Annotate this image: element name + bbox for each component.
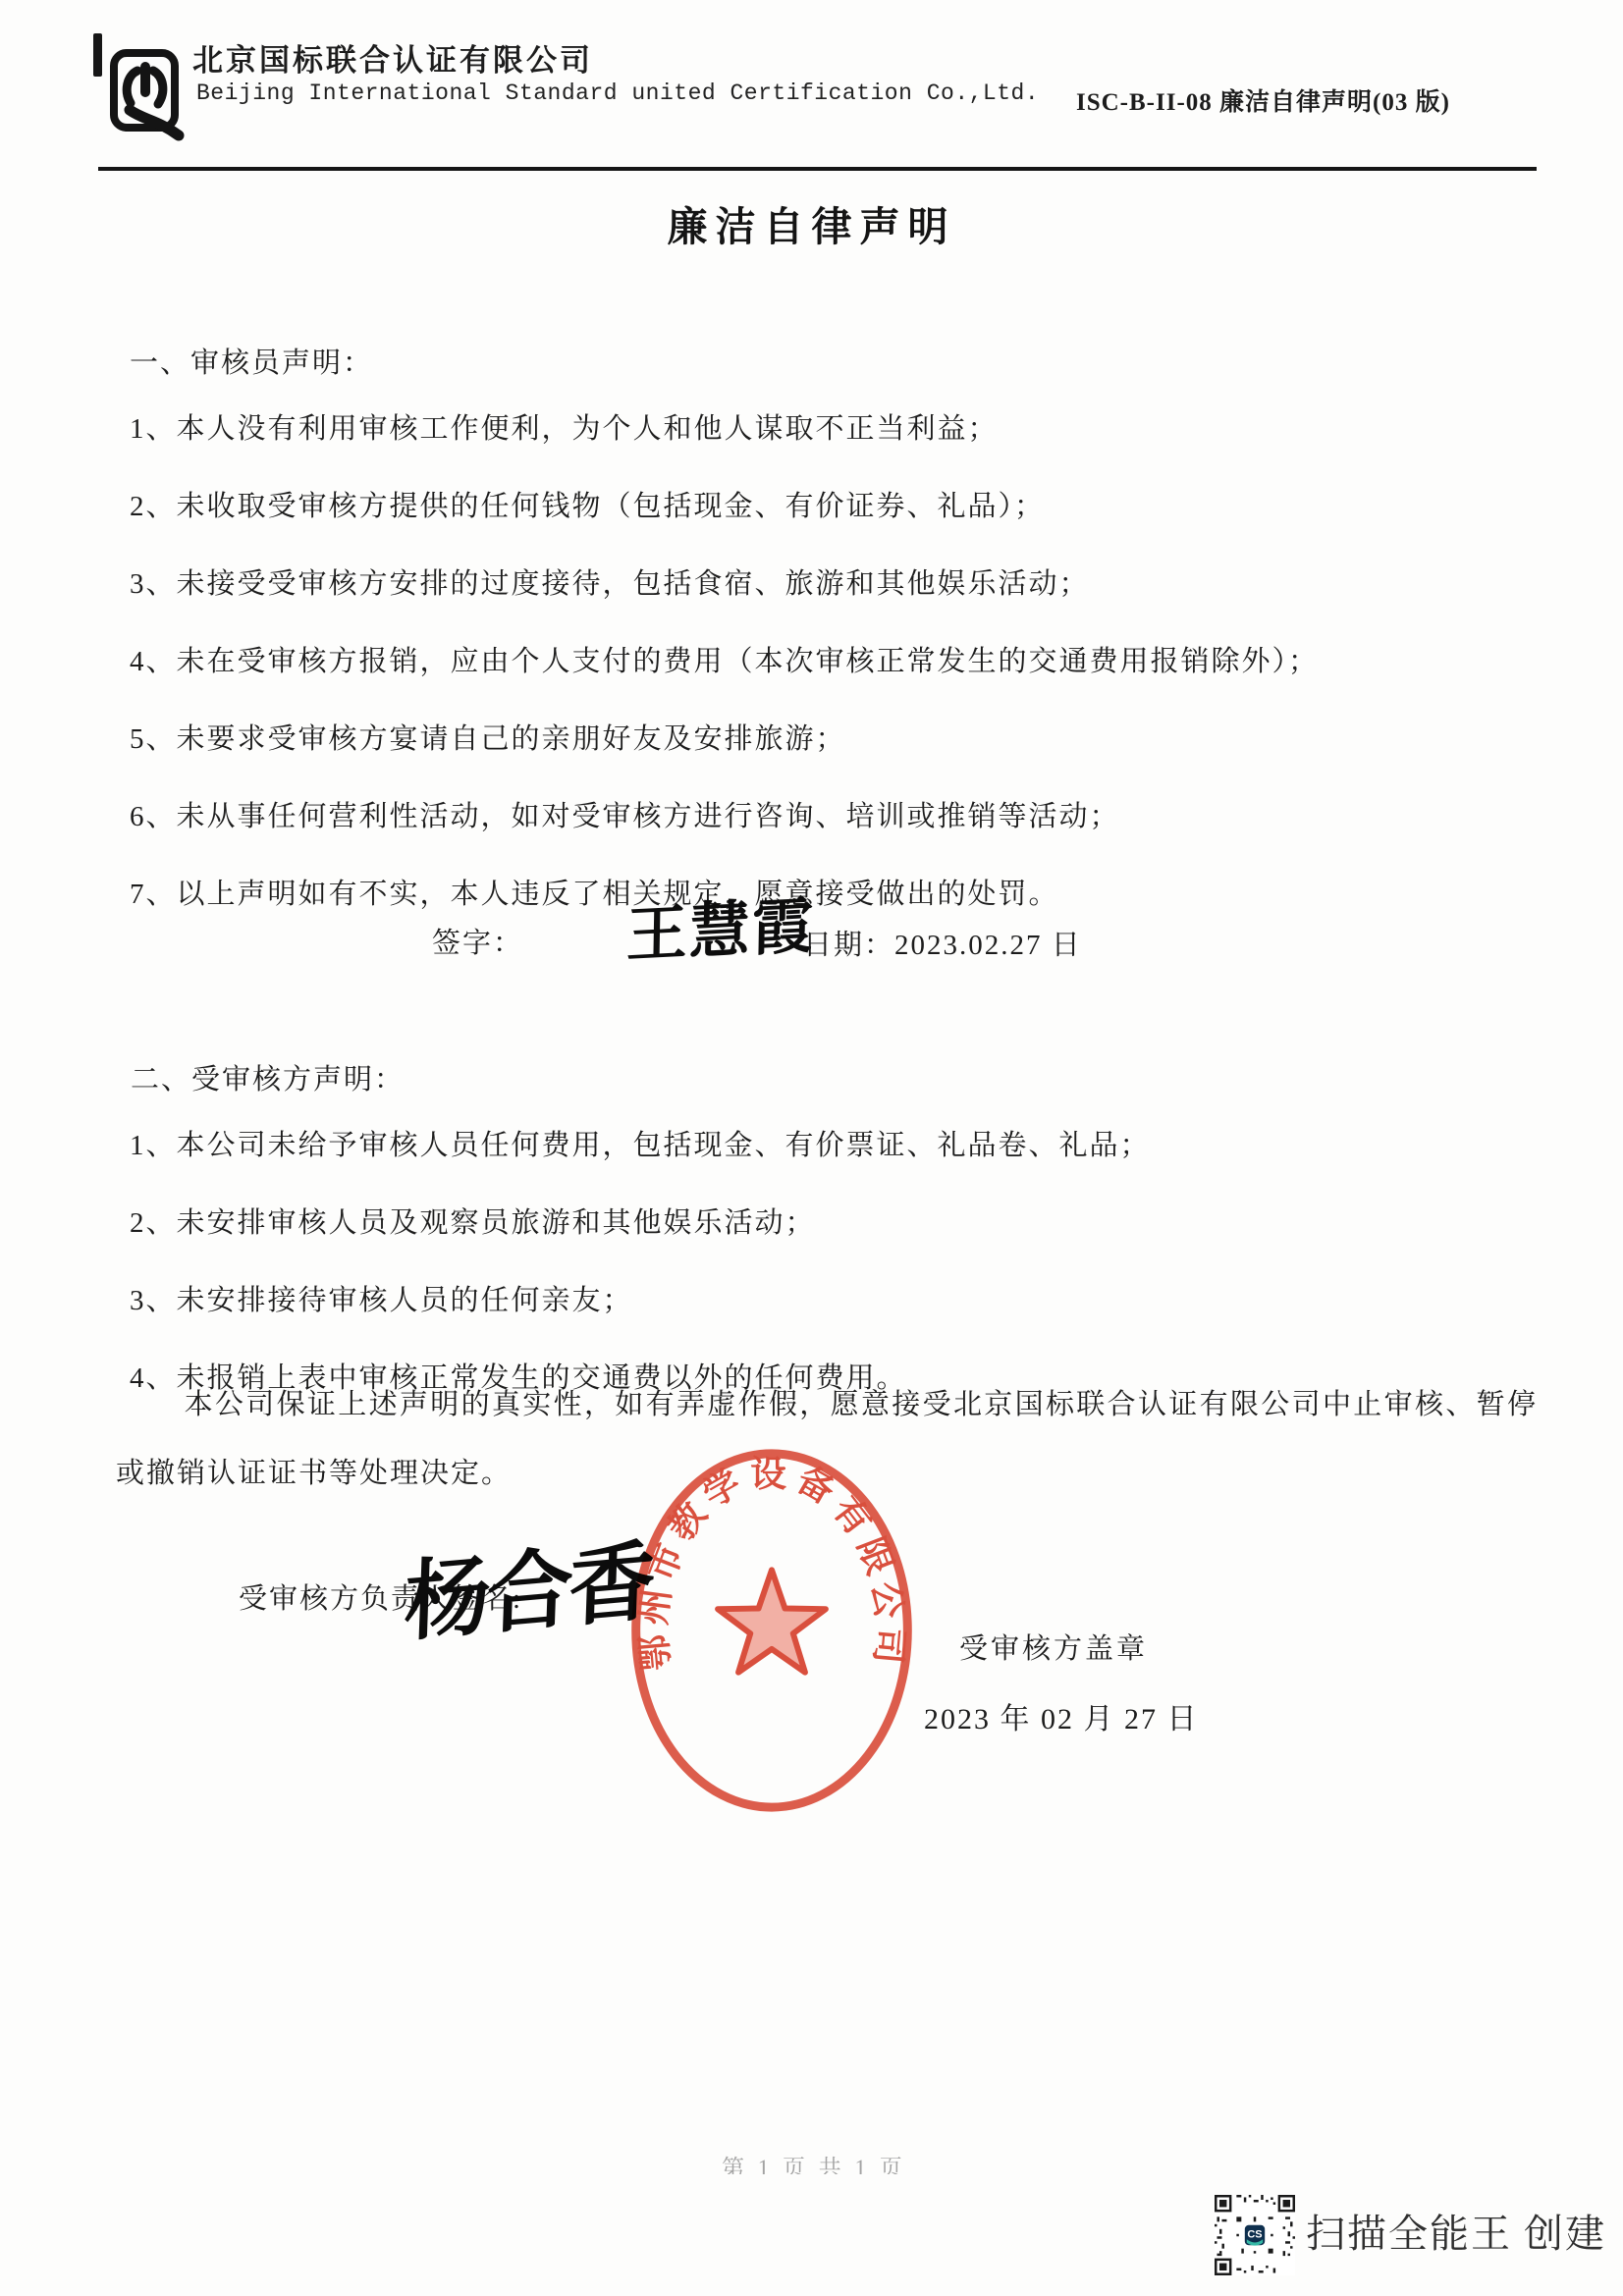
document-code: ISC-B-II-08 廉洁自律声明(03 版): [1076, 82, 1450, 118]
camscanner-watermark-text: 扫描全能王 创建: [1306, 2203, 1606, 2259]
declaration-item: 1、本人没有利用审核工作便利，为个人和他人谋取不正当利益；: [130, 406, 1563, 447]
svg-text:CS: CS: [1247, 2229, 1262, 2241]
declaration-item: 3、未安排接待审核人员的任何亲友；: [130, 1278, 1563, 1318]
auditor-sign-label: 签字：: [432, 921, 523, 961]
page-number-info: 第 1 页 共 1 页: [722, 2150, 957, 2174]
auditor-handwritten-signature: 王慧霞: [625, 877, 815, 974]
section1-heading: 一、审核员声明：: [130, 341, 373, 381]
company-logo-icon: [110, 49, 179, 132]
seal-star-icon: [718, 1570, 826, 1672]
section1-items: 1、本人没有利用审核工作便利，为个人和他人谋取不正当利益； 2、未收取受审核方提…: [130, 406, 1563, 949]
declaration-item: 2、未安排审核人员及观察员旅游和其他娱乐活动；: [130, 1201, 1563, 1241]
company-seal-stamp: 鄂州市教学设备有限公司: [599, 1435, 945, 1826]
auditee-stamp-date: 2023 年 02 月 27 日: [924, 1694, 1199, 1737]
declaration-item: 2、未收取受审核方提供的任何钱物（包括现金、有价证券、礼品）；: [130, 484, 1563, 524]
auditor-sign-date: 日期：2023.02.27 日: [803, 923, 1082, 963]
company-name-chinese: 北京国标联合认证有限公司: [192, 35, 593, 80]
declaration-item: 7、以上声明如有不实，本人违反了相关规定，愿意接受做出的处罚。: [130, 872, 1563, 912]
declaration-item: 1、本公司未给予审核人员任何费用，包括现金、有价票证、礼品卷、礼品；: [130, 1123, 1563, 1163]
document-title: 廉洁自律声明: [0, 194, 1623, 252]
declaration-item: 5、未要求受审核方宴请自己的亲朋好友及安排旅游；: [130, 717, 1563, 757]
scan-edge-artifact: [93, 33, 102, 77]
declaration-item: 3、未接受受审核方安排的过度接待，包括食宿、旅游和其他娱乐活动；: [130, 561, 1563, 602]
section2-heading: 二、受审核方声明：: [131, 1057, 405, 1097]
declaration-item: 4、未在受审核方报销，应由个人支付的费用（本次审核正常发生的交通费用报销除外）；: [130, 639, 1563, 679]
auditee-stamp-label: 受审核方盖章: [959, 1627, 1148, 1667]
company-name-english: Beijing International Standard united Ce…: [196, 80, 1039, 106]
scanned-document-page: 北京国标联合认证有限公司 Beijing International Stand…: [0, 0, 1623, 2296]
header-divider: [98, 167, 1537, 171]
camscanner-qr-code-icon: CS: [1215, 2195, 1295, 2275]
declaration-item: 6、未从事任何营利性活动，如对受审核方进行咨询、培训或推销等活动；: [130, 794, 1563, 834]
